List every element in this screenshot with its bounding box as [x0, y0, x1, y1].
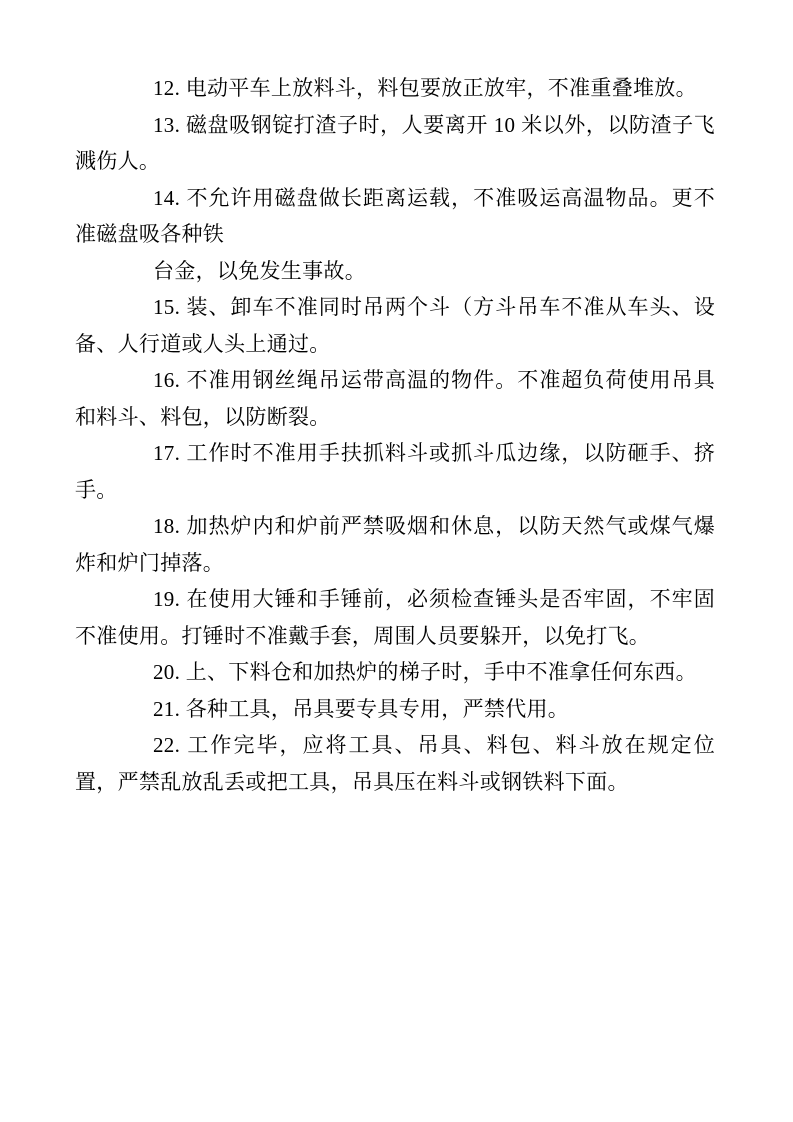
rule-item-20: 20. 上、下料仓和加热炉的梯子时，手中不准拿任何东西。: [75, 654, 715, 691]
rule-item-19: 19. 在使用大锤和手锤前，必须检查锤头是否牢固，不牢固不准使用。打锤时不准戴手…: [75, 581, 715, 654]
rule-item-14-continuation: 台金，以免发生事故。: [75, 253, 715, 290]
rule-item-17: 17. 工作时不准用手扶抓料斗或抓斗瓜边缘，以防砸手、挤手。: [75, 435, 715, 508]
rule-item-16: 16. 不准用钢丝绳吊运带高温的物件。不准超负荷使用吊具和料斗、料包，以防断裂。: [75, 362, 715, 435]
rule-item-12: 12. 电动平车上放料斗，料包要放正放牢，不准重叠堆放。: [75, 70, 715, 107]
rule-item-18: 18. 加热炉内和炉前严禁吸烟和休息，以防天然气或煤气爆炸和炉门掉落。: [75, 508, 715, 581]
rule-item-15: 15. 装、卸车不准同时吊两个斗（方斗吊车不准从车头、设备、人行道或人头上通过。: [75, 289, 715, 362]
rule-item-21: 21. 各种工具，吊具要专具专用，严禁代用。: [75, 691, 715, 728]
rule-item-13: 13. 磁盘吸钢锭打渣子时，人要离开 10 米以外，以防渣子飞溅伤人。: [75, 107, 715, 180]
document-page: 12. 电动平车上放料斗，料包要放正放牢，不准重叠堆放。 13. 磁盘吸钢锭打渣…: [0, 0, 793, 1122]
rule-item-22: 22. 工作完毕，应将工具、吊具、料包、料斗放在规定位置，严禁乱放乱丢或把工具，…: [75, 727, 715, 800]
rules-list: 12. 电动平车上放料斗，料包要放正放牢，不准重叠堆放。 13. 磁盘吸钢锭打渣…: [75, 70, 715, 800]
rule-item-14: 14. 不允许用磁盘做长距离运载，不准吸运高温物品。更不准磁盘吸各种铁: [75, 180, 715, 253]
